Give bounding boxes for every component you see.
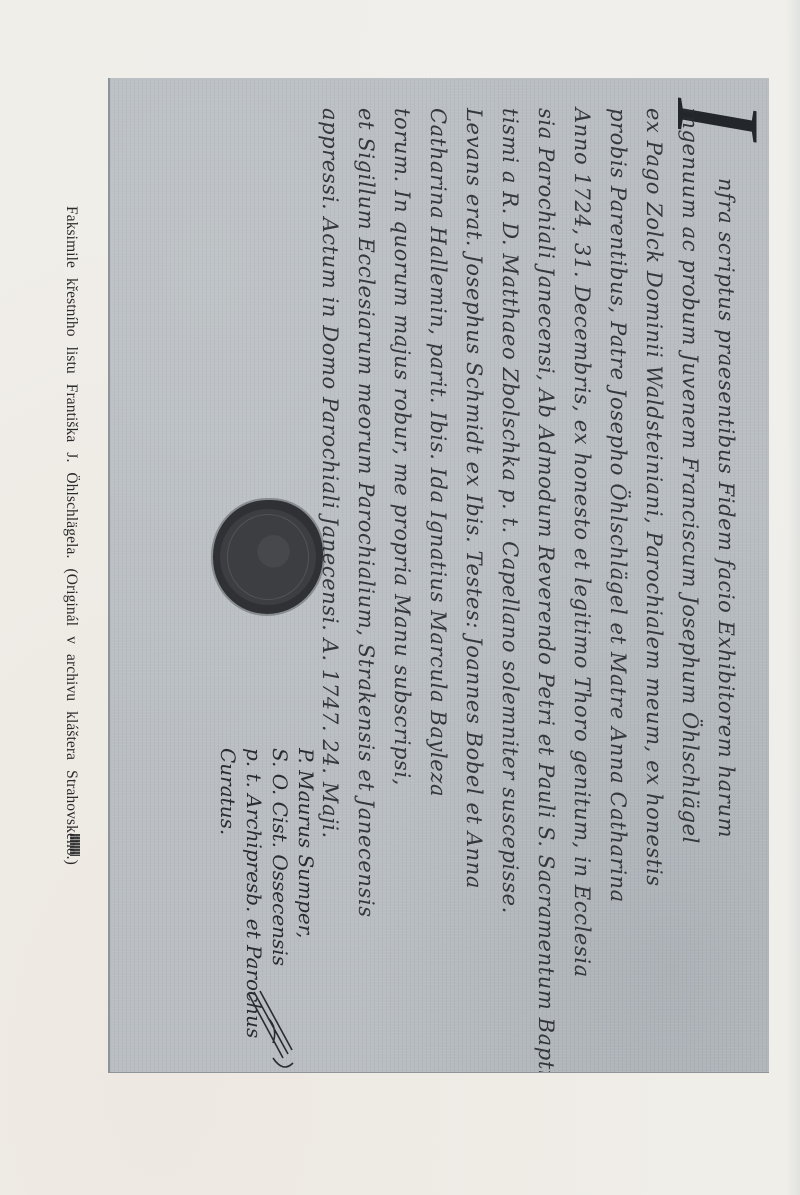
printing-mark (70, 834, 80, 856)
page-edge (786, 0, 800, 1195)
signature-flourish-icon (238, 988, 298, 1073)
script-line: ingenuum ac probum Juvenem Franciscum Jo… (678, 108, 702, 844)
signature-line: Curatus. (216, 748, 240, 835)
figure-caption: Faksimile křestního listu Františka J. Ö… (60, 206, 80, 926)
script-line: nfra scriptus praesentibus Fidem facio E… (714, 178, 738, 838)
script-line: ex Pago Zolck Dominii Waldsteiniani, Par… (642, 108, 666, 887)
document-facsimile-plate: I L. ✝ S. nfra scriptus praesentibus Fid… (108, 78, 769, 1073)
script-line: Catharina Hallemin, parit. Ibis. Ida Ign… (426, 108, 450, 797)
wax-seal (213, 500, 323, 614)
script-line: Anno 1724, 31. Decembris, ex honesto et … (570, 108, 594, 978)
script-line: appressi. Actum in Domo Parochiali Janec… (318, 108, 342, 839)
script-line: torum. In quorum majus robur, me propria… (390, 108, 414, 786)
script-line: et Sigillum Ecclesiarum meorum Parochial… (354, 108, 378, 918)
seal-ring (227, 514, 309, 600)
script-line: probis Parentibus, Patre Josepho Öhlschl… (606, 108, 630, 903)
signature-line: P. Maurus Sumper, (294, 748, 318, 938)
locus-sigilli-mark: L. ✝ S. (763, 518, 769, 621)
signature-line: S. O. Cist. Ossecensis (268, 748, 292, 966)
script-line: Levans erat. Josephus Schmidt ex Ibis. T… (462, 108, 486, 889)
script-line: sia Parochiali Janecensi, Ab Admodum Rev… (534, 108, 558, 1073)
ornamental-initial: I (658, 98, 769, 138)
script-line: tismi a R. D. Matthaeo Zbolschka p. t. C… (498, 108, 522, 914)
